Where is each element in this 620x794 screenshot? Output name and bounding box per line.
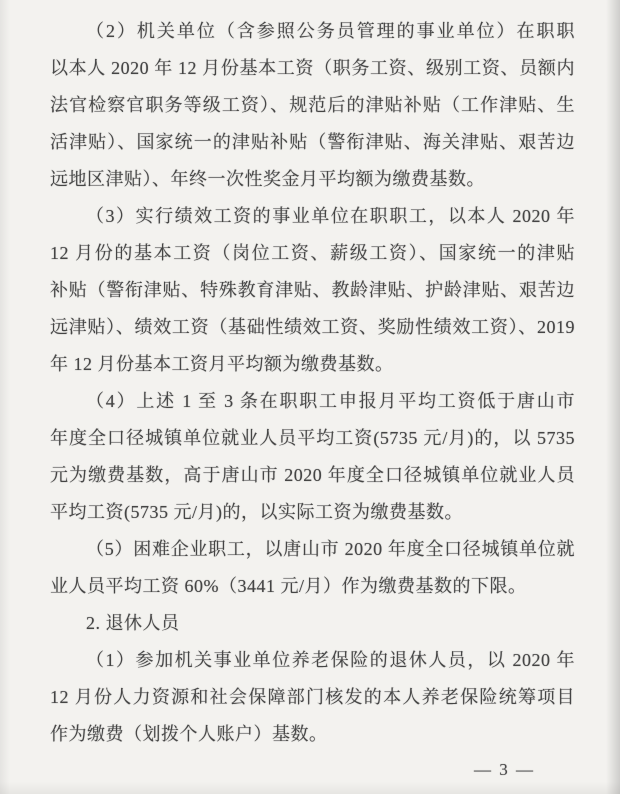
document-lines: （2）机关单位（含参照公务员管理的事业单位）在职职工，以本人 2020 年 12… <box>50 13 575 753</box>
text-line: （3）实行绩效工资的事业单位在职职工，以本人 2020 年 <box>50 198 575 235</box>
text-line: 远地区津贴）、年终一次性奖金月平均额为缴费基数。 <box>50 161 575 198</box>
text-line: 活津贴）、国家统一的津贴补贴（警衔津贴、海关津贴、艰苦边 <box>50 124 575 161</box>
page-number: — 3 — <box>474 755 535 785</box>
text-line: 法官检察官职务等级工资）、规范后的津贴补贴（工作津贴、生 <box>50 87 575 124</box>
text-line: 12 月份人力资源和社会保障部门核发的本人养老保险统筹项目 <box>50 679 575 716</box>
text-line: 平均工资(5735 元/月)的，以实际工资为缴费基数。 <box>50 494 575 531</box>
text-line: 元为缴费基数，高于唐山市 2020 年度全口径城镇单位就业人员 <box>50 457 575 494</box>
text-line: 2. 退休人员 <box>50 605 575 642</box>
text-line: （2）机关单位（含参照公务员管理的事业单位）在职职工， <box>50 13 575 50</box>
text-line: （5）困难企业职工，以唐山市 2020 年度全口径城镇单位就 <box>50 531 575 568</box>
text-line: 作为缴费（划拨个人账户）基数。 <box>50 716 575 753</box>
text-line: 以本人 2020 年 12 月份基本工资（职务工资、级别工资、员额内 <box>50 50 575 87</box>
text-line: 补贴（警衔津贴、特殊教育津贴、教龄津贴、护龄津贴、艰苦边 <box>50 272 575 309</box>
text-line: （1）参加机关事业单位养老保险的退休人员，以 2020 年 <box>50 642 575 679</box>
text-line: 业人员平均工资 60%（3441 元/月）作为缴费基数的下限。 <box>50 568 575 605</box>
text-line: 年度全口径城镇单位就业人员平均工资(5735 元/月)的，以 5735 <box>50 420 575 457</box>
text-line: 年 12 月份基本工资月平均额为缴费基数。 <box>50 346 575 383</box>
text-line: （4）上述 1 至 3 条在职职工申报月平均工资低于唐山市 2020 <box>50 383 575 420</box>
document-page: （2）机关单位（含参照公务员管理的事业单位）在职职工，以本人 2020 年 12… <box>0 0 620 794</box>
text-line: 远津贴）、绩效工资（基础性绩效工资、奖励性绩效工资）、2019 <box>50 309 575 346</box>
text-line: 12 月份的基本工资（岗位工资、薪级工资）、国家统一的津贴 <box>50 235 575 272</box>
